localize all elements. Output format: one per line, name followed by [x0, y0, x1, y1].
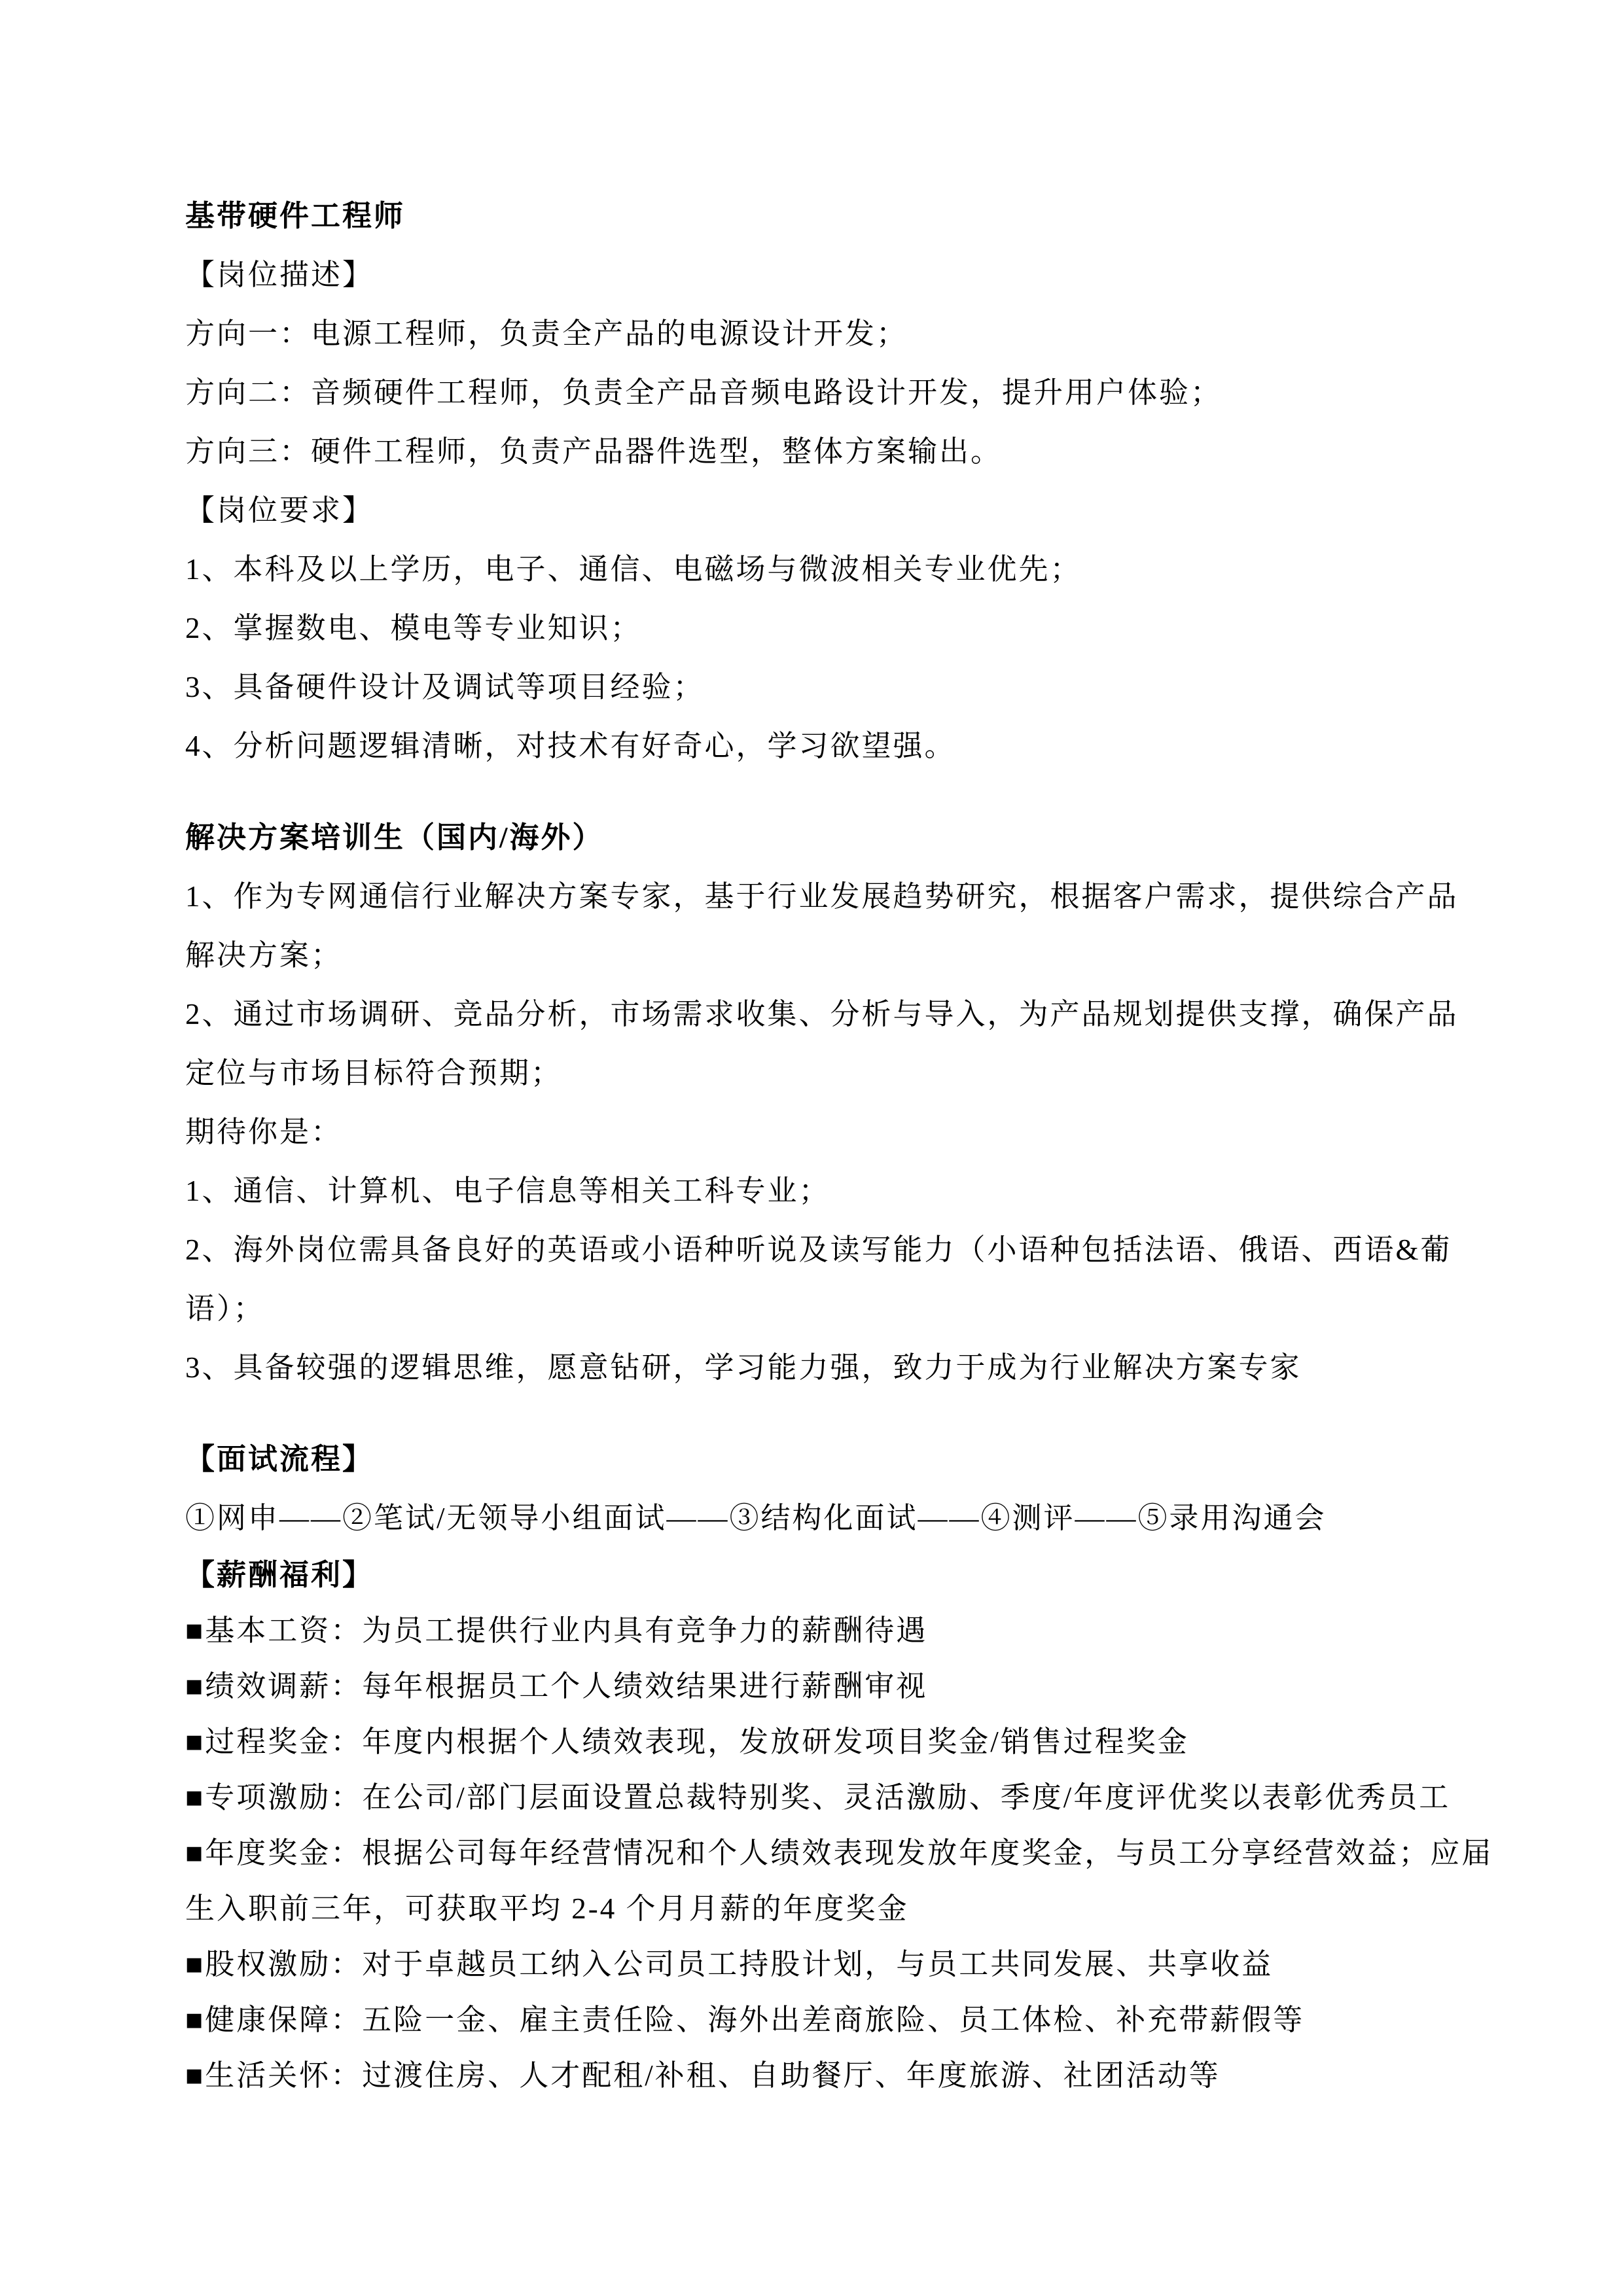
- bullet-square-icon: ■: [185, 1948, 205, 1981]
- benefit-item-text: 生入职前三年，可获取平均 2-4 个月月薪的年度奖金: [185, 1892, 909, 1925]
- benefit-item-merit-raise: ■绩效调薪：每年根据员工个人绩效结果进行薪酬审视: [185, 1659, 1448, 1714]
- bullet-square-icon: ■: [185, 1725, 205, 1758]
- job1-direction-line: 方向三：硬件工程师，负责产品器件选型，整体方案输出。: [185, 422, 1448, 481]
- bullet-square-icon: ■: [185, 1670, 205, 1703]
- benefits-header: 【薪酬福利】: [185, 1547, 1448, 1603]
- benefit-item-text: 基本工资：为员工提供行业内具有竞争力的薪酬待遇: [205, 1614, 927, 1647]
- job2-expect-line: 3、具备较强的逻辑思维，愿意钻研，学习能力强，致力于成为行业解决方案专家: [185, 1338, 1448, 1397]
- bullet-square-icon: ■: [185, 1837, 205, 1869]
- bullet-square-icon: ■: [185, 1781, 205, 1814]
- benefit-item-text: 股权激励：对于卓越员工纳入公司员工持股计划，与员工共同发展、共享收益: [205, 1948, 1273, 1981]
- benefit-item-annual-bonus-cont: 生入职前三年，可获取平均 2-4 个月月薪的年度奖金: [185, 1881, 1448, 1937]
- job1-direction-line: 方向二：音频硬件工程师，负责全产品音频电路设计开发，提升用户体验；: [185, 363, 1448, 422]
- job2-expect-header: 期待你是：: [185, 1103, 1448, 1161]
- benefit-item-process-bonus: ■过程奖金：年度内根据个人绩效表现，发放研发项目奖金/销售过程奖金: [185, 1714, 1448, 1770]
- job2-resp-line: 定位与市场目标符合预期；: [185, 1044, 1448, 1103]
- interview-process-header: 【面试流程】: [185, 1430, 1448, 1489]
- job2-expect-line: 语）；: [185, 1279, 1448, 1338]
- benefit-item-base-salary: ■基本工资：为员工提供行业内具有竞争力的薪酬待遇: [185, 1603, 1448, 1659]
- benefit-item-life-care: ■生活关怀：过渡住房、人才配租/补租、自助餐厅、年度旅游、社团活动等: [185, 2048, 1448, 2104]
- document-content: 基带硬件工程师 【岗位描述】 方向一：电源工程师，负责全产品的电源设计开发； 方…: [185, 186, 1448, 2104]
- job1-req-header: 【岗位要求】: [185, 481, 1448, 540]
- benefit-item-text: 健康保障：五险一金、雇主责任险、海外出差商旅险、员工体检、补充带薪假等: [205, 2004, 1304, 2036]
- benefit-item-special-incentive: ■专项激励：在公司/部门层面设置总裁特别奖、灵活激励、季度/年度评优奖以表彰优秀…: [185, 1770, 1448, 1826]
- benefit-item-text: 绩效调薪：每年根据员工个人绩效结果进行薪酬审视: [205, 1670, 927, 1703]
- benefit-item-text: 生活关怀：过渡住房、人才配租/补租、自助餐厅、年度旅游、社团活动等: [205, 2059, 1221, 2092]
- job1-direction-line: 方向一：电源工程师，负责全产品的电源设计开发；: [185, 304, 1448, 363]
- bullet-square-icon: ■: [185, 1614, 205, 1647]
- job1-req-line: 3、具备硬件设计及调试等项目经验；: [185, 658, 1448, 716]
- interview-process-section: 【面试流程】 ①网申——②笔试/无领导小组面试——③结构化面试——④测评——⑤录…: [185, 1430, 1448, 1547]
- job2-resp-line: 2、通过市场调研、竞品分析，市场需求收集、分析与导入，为产品规划提供支撑，确保产…: [185, 985, 1448, 1044]
- document-page: 基带硬件工程师 【岗位描述】 方向一：电源工程师，负责全产品的电源设计开发； 方…: [0, 0, 1623, 2296]
- benefit-item-text: 专项激励：在公司/部门层面设置总裁特别奖、灵活激励、季度/年度评优奖以表彰优秀员…: [205, 1781, 1450, 1814]
- job1-title: 基带硬件工程师: [185, 186, 1448, 245]
- interview-process-steps: ①网申——②笔试/无领导小组面试——③结构化面试——④测评——⑤录用沟通会: [185, 1489, 1448, 1547]
- bullet-square-icon: ■: [185, 2004, 205, 2036]
- job2-resp-line: 解决方案；: [185, 926, 1448, 985]
- job1-desc-header: 【岗位描述】: [185, 245, 1448, 304]
- bullet-square-icon: ■: [185, 2059, 205, 2092]
- job1-req-line: 2、掌握数电、模电等专业知识；: [185, 599, 1448, 658]
- job1-section: 基带硬件工程师 【岗位描述】 方向一：电源工程师，负责全产品的电源设计开发； 方…: [185, 186, 1448, 775]
- benefit-item-text: 年度奖金：根据公司每年经营情况和个人绩效表现发放年度奖金，与员工分享经营效益；应…: [205, 1837, 1493, 1869]
- benefit-item-health-protection: ■健康保障：五险一金、雇主责任险、海外出差商旅险、员工体检、补充带薪假等: [185, 1992, 1448, 2048]
- job1-req-line: 1、本科及以上学历，电子、通信、电磁场与微波相关专业优先；: [185, 540, 1448, 599]
- job2-resp-line: 1、作为专网通信行业解决方案专家，基于行业发展趋势研究，根据客户需求，提供综合产…: [185, 867, 1448, 926]
- benefit-item-annual-bonus: ■年度奖金：根据公司每年经营情况和个人绩效表现发放年度奖金，与员工分享经营效益；…: [185, 1826, 1448, 1881]
- benefit-item-equity-incentive: ■股权激励：对于卓越员工纳入公司员工持股计划，与员工共同发展、共享收益: [185, 1937, 1448, 1992]
- benefits-section: 【薪酬福利】 ■基本工资：为员工提供行业内具有竞争力的薪酬待遇 ■绩效调薪：每年…: [185, 1547, 1448, 2104]
- job2-title: 解决方案培训生（国内/海外）: [185, 808, 1448, 867]
- job1-req-line: 4、分析问题逻辑清晰，对技术有好奇心，学习欲望强。: [185, 716, 1448, 775]
- job2-expect-line: 1、通信、计算机、电子信息等相关工科专业；: [185, 1161, 1448, 1220]
- job2-expect-line: 2、海外岗位需具备良好的英语或小语种听说及读写能力（小语种包括法语、俄语、西语&…: [185, 1220, 1448, 1279]
- job2-section: 解决方案培训生（国内/海外） 1、作为专网通信行业解决方案专家，基于行业发展趋势…: [185, 808, 1448, 1397]
- benefit-item-text: 过程奖金：年度内根据个人绩效表现，发放研发项目奖金/销售过程奖金: [205, 1725, 1189, 1758]
